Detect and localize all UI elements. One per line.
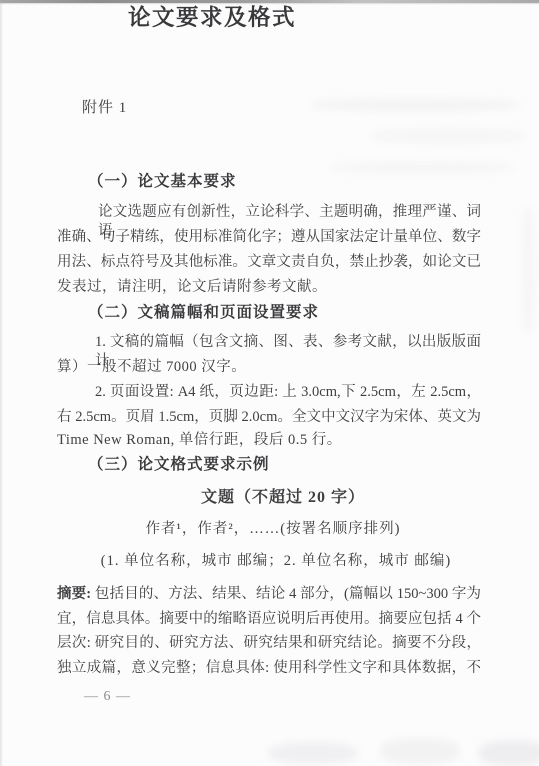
section-2-heading: （二）文稿篇幅和页面设置要求 [88,303,481,322]
scan-top-edge [0,0,539,3]
scanned-document-page: 附件 1 论文要求及格式 （一）论文基本要求 论文选题应有创新性，立论科学、主题… [0,0,539,766]
abstract-line: 摘要: 包括目的、方法、结果、结论 4 部分，(篇幅以 150~300 字为 [57,585,481,604]
abstract-line: 层次: 研究目的、研究方法、研究结果和研究结论。摘要不分段， [57,634,481,653]
abstract-label: 摘要: [57,586,91,602]
abstract-text: 包括目的、方法、结果、结论 4 部分，(篇幅以 150~300 字为 [91,586,481,602]
abstract-line: 宜，信息具体。摘要中的缩略语应说明后再使用。摘要应包括 4 个 [57,610,481,629]
scan-left-edge [0,0,3,766]
abstract-line: 独立成篇，意义完整；信息具体: 使用科学性文字和具体数据，不 [57,659,481,678]
section-3-heading: （三）论文格式要求示例 [88,455,481,474]
example-authors-line: 作者¹，作者²，……(按署名顺序排列) [61,520,485,539]
section-2-item2-line: 2. 页面设置: A4 纸，页边距: 上 3.0cm,下 2.5cm，左 2.5… [57,383,481,402]
example-affiliations-line: (1. 单位名称，城市 邮编；2. 单位名称，城市 邮编) [64,552,488,571]
section-1-heading: （一）论文基本要求 [88,172,481,191]
section-2-item1-line: 算）一般不超过 7000 汉字。 [57,358,481,377]
section-2-item2-line: 右 2.5cm。页眉 1.5cm，页脚 2.0cm。全文中文汉字为宋体、英文为 [57,408,481,427]
section-1-para-line: 用法、标点符号及其他标准。文章文责自负，禁止抄袭，如论文已 [57,253,481,272]
scan-smudge [380,738,460,764]
attachment-label: 附件 1 [82,99,506,118]
section-2-item2-line: Time New Roman, 单倍行距，段后 0.5 行。 [57,431,481,450]
page-number: — 6 — [84,689,131,705]
scan-smudge [478,740,539,766]
example-paper-title: 文题（不超过 20 字） [71,488,495,507]
section-1-para-line: 发表过，请注明，论文后请附参考文献。 [57,278,481,297]
scan-smudge [268,742,358,764]
section-1-para-line: 准确、句子精练，使用标准简化字；遵从国家法定计量单位、数字 [57,228,481,247]
document-title: 论文要求及格式 [0,0,424,32]
scan-edge-streak [520,205,536,335]
scan-bleedthrough-mark [370,128,525,144]
